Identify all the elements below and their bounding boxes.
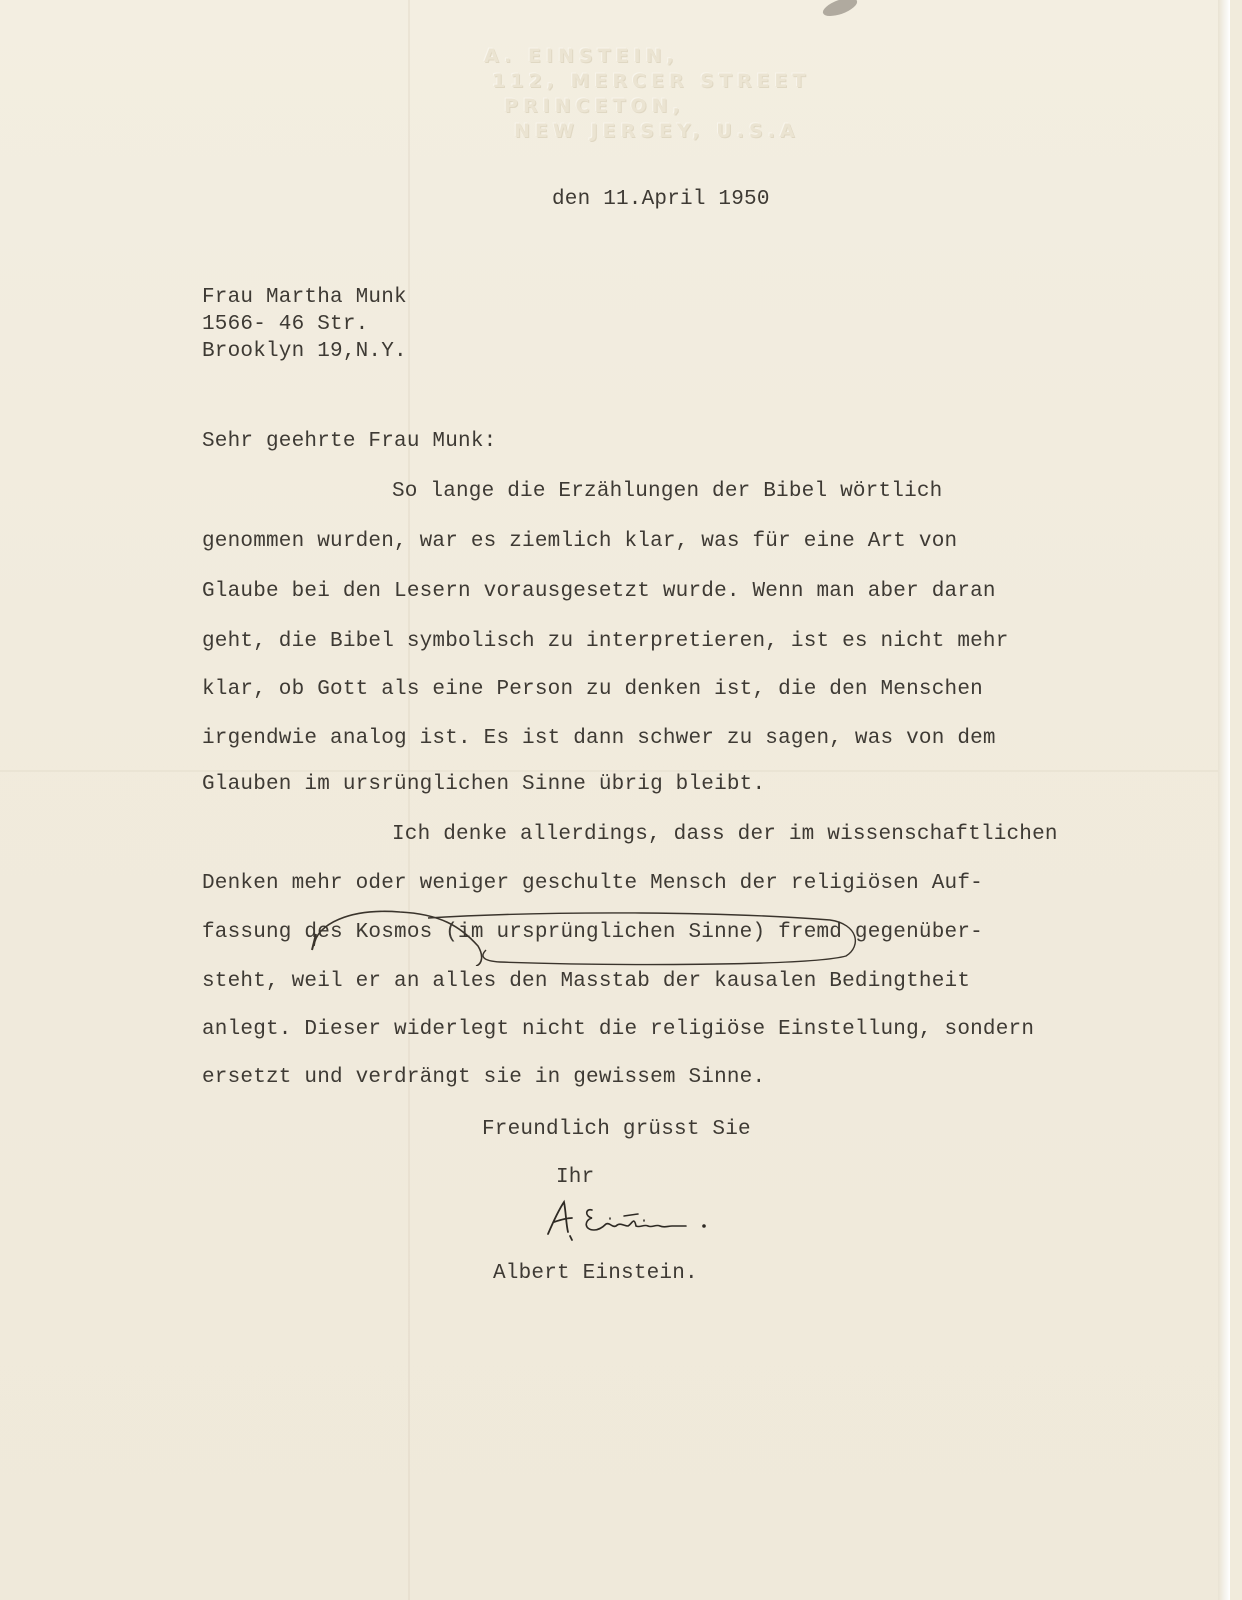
body-line: Glauben im ursrünglichen Sinne übrig ble… [202,773,765,796]
recipient-address: Frau Martha Munk 1566- 46 Str. Brooklyn … [202,284,407,365]
recipient-name: Frau Martha Munk [202,284,407,311]
body-line: Glaube bei den Lesern vorausgesetzt wurd… [202,580,996,603]
typed-signature: Albert Einstein. [493,1262,698,1285]
letterhead-state: NEW JERSEY, U.S.A [514,119,810,144]
body-line: ersetzt und verdrängt sie in gewissem Si… [202,1066,765,1089]
recipient-street: 1566- 46 Str. [202,311,407,338]
body-line: steht, weil er an alles den Masstab der … [202,970,970,993]
paper-edge [1218,0,1230,1600]
closing-ihr: Ihr [556,1166,594,1189]
salutation: Sehr geehrte Frau Munk: [202,430,496,453]
body-line: klar, ob Gott als eine Person zu denken … [202,678,983,701]
ink-smudge [821,0,860,20]
letter-date: den 11.April 1950 [552,188,770,211]
paper-fold-horizontal [0,770,1230,772]
paper-fold-vertical [408,0,410,1600]
letter-paper: A. EINSTEIN, 112, MERCER STREET PRINCETO… [0,0,1230,1600]
body-line: genommen wurden, war es ziemlich klar, w… [202,530,957,553]
handwritten-signature: A. Einstein. [540,1196,720,1244]
closing-line: Freundlich grüsst Sie [482,1118,751,1141]
letterhead-name: A. EINSTEIN, [484,44,810,69]
embossed-letterhead: A. EINSTEIN, 112, MERCER STREET PRINCETO… [478,44,810,144]
letterhead-street: 112, MERCER STREET [492,69,810,94]
body-line: geht, die Bibel symbolisch zu interpreti… [202,630,1009,653]
body-line: Denken mehr oder weniger geschulte Mensc… [202,872,983,895]
recipient-city: Brooklyn 19,N.Y. [202,338,407,365]
body-line: irgendwie analog ist. Es ist dann schwer… [202,727,996,750]
body-line: Ich denke allerdings, dass der im wissen… [392,823,1058,846]
handwritten-circle-annotation [310,906,862,966]
body-line: anlegt. Dieser widerlegt nicht die relig… [202,1018,1034,1041]
letterhead-city: PRINCETON, [504,94,810,119]
body-line: So lange die Erzählungen der Bibel wörtl… [392,480,943,503]
